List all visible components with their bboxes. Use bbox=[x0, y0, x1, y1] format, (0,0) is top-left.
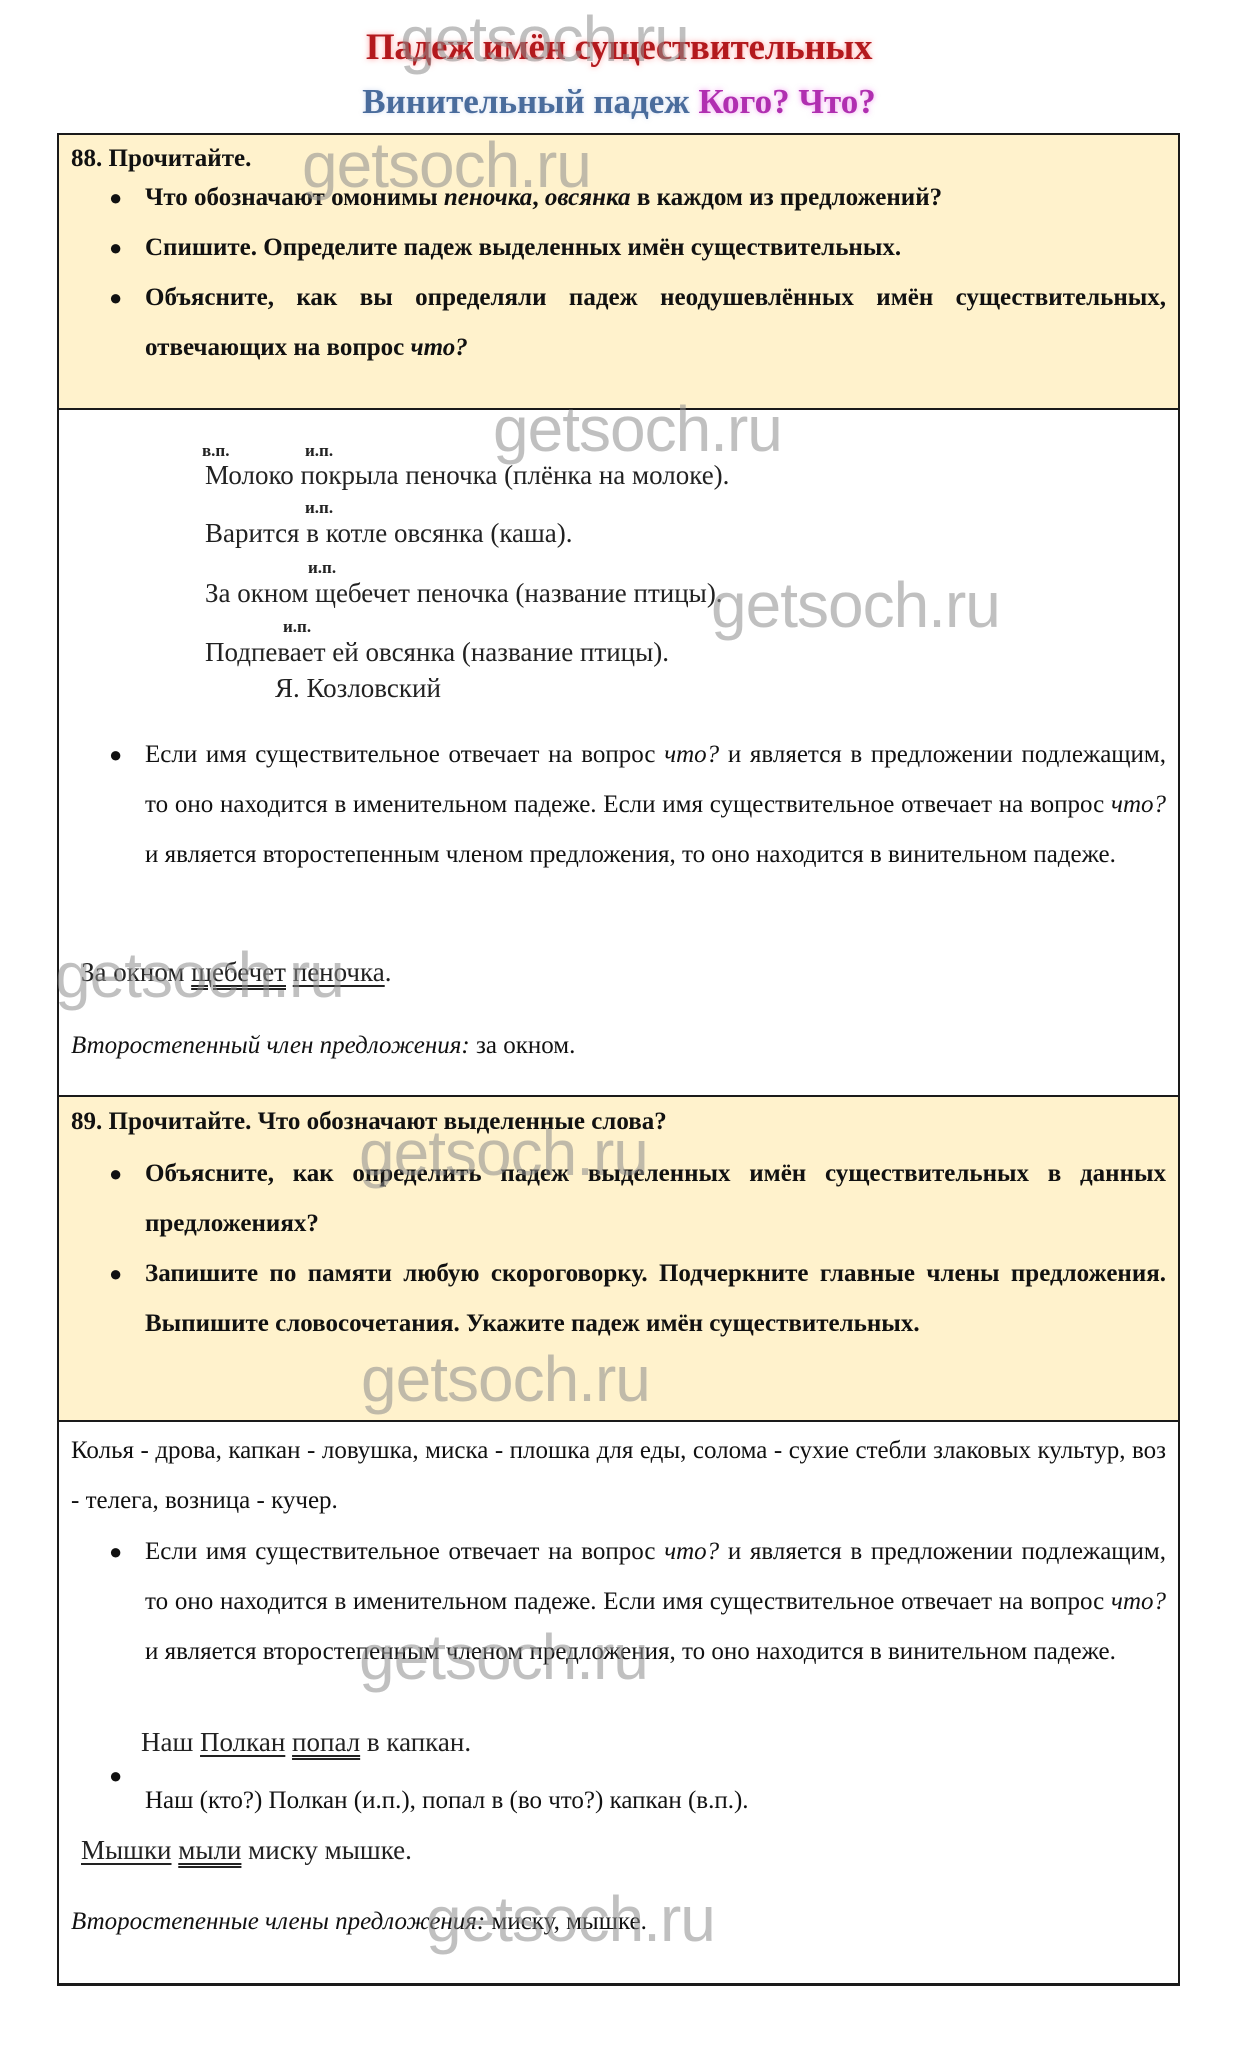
italic-word: что? bbox=[411, 334, 468, 361]
text: . bbox=[385, 957, 392, 987]
poem-line: За окном щебечет пеночка (название птицы… bbox=[205, 578, 723, 609]
italic-word: что? bbox=[664, 741, 719, 768]
list-item: ● Если имя существительное отвечает на в… bbox=[71, 1527, 1166, 1677]
text: За окном bbox=[81, 957, 191, 987]
list-item: ● Что обозначают омонимы пеночка, овсянк… bbox=[71, 173, 1166, 223]
example-sentence: Мышки мыли миску мышке. bbox=[81, 1835, 412, 1866]
page-subtitle: Винительный падеж Кого? Что? bbox=[0, 82, 1238, 122]
bullet-icon: ● bbox=[109, 1527, 122, 1577]
list-item: ● Если имя существительное отвечает на в… bbox=[71, 730, 1166, 880]
text: Объясните, как вы определяли падеж неоду… bbox=[145, 284, 1166, 361]
text: в капкан. bbox=[360, 1727, 471, 1757]
task-88: 88. Прочитайте. ● Что обозначают омонимы… bbox=[59, 135, 1178, 410]
watermark: getsoch.ru bbox=[361, 1342, 650, 1416]
text: Если имя существительное отвечает на воп… bbox=[145, 741, 664, 768]
subtitle-case: Винительный падеж bbox=[362, 82, 689, 121]
text: Наш bbox=[141, 1727, 200, 1757]
label: Второстепенный член предложения: bbox=[71, 1032, 470, 1059]
value: за окном. bbox=[470, 1032, 576, 1059]
bullet-icon: ● bbox=[109, 1149, 122, 1199]
definitions: Колья - дрова, капкан - ловушка, миска -… bbox=[71, 1426, 1166, 1526]
case-label: и.п. bbox=[305, 441, 333, 461]
answer-88: в.п. и.п. Молоко покрыла пеночка (плёнка… bbox=[59, 410, 1178, 1097]
case-label: и.п. bbox=[308, 558, 336, 578]
text: Объясните, как определить падеж выделенн… bbox=[145, 1160, 1166, 1237]
exercise-table: 88. Прочитайте. ● Что обозначают омонимы… bbox=[57, 133, 1180, 1986]
bullet-icon: ● bbox=[109, 273, 122, 323]
italic-word: что? bbox=[1111, 1588, 1166, 1615]
poem-line: Подпевает ей овсянка (название птицы). bbox=[205, 637, 669, 668]
case-label: в.п. bbox=[202, 441, 229, 461]
subtitle-questions: Кого? Что? bbox=[698, 82, 875, 121]
answer-89: Колья - дрова, капкан - ловушка, миска -… bbox=[59, 1422, 1178, 1983]
bullet-icon: ● bbox=[109, 730, 122, 780]
predicate: попал bbox=[292, 1727, 360, 1757]
rule-list: ● Если имя существительное отвечает на в… bbox=[71, 730, 1166, 880]
secondary-members: Второстепенный член предложения: за окно… bbox=[71, 1021, 1166, 1071]
predicate: мыли bbox=[178, 1835, 241, 1865]
list-item: ● Объясните, как определить падеж выделе… bbox=[71, 1149, 1166, 1249]
example-sentence: Наш Полкан попал в капкан. bbox=[141, 1727, 471, 1758]
task-89: 89. Прочитайте. Что обозначают выделенны… bbox=[59, 1097, 1178, 1422]
text: Что обозначают омонимы bbox=[145, 184, 444, 211]
subject: пеночка bbox=[293, 957, 385, 987]
task-88-bullets: ● Что обозначают омонимы пеночка, овсянк… bbox=[71, 173, 1166, 373]
label: Второстепенные члены предложения: bbox=[71, 1908, 485, 1935]
text: и является второстепенным членом предлож… bbox=[145, 841, 1116, 868]
page-title: Падеж имён существительных bbox=[0, 26, 1238, 69]
predicate: щебечет bbox=[191, 957, 286, 987]
bullet-icon: ● bbox=[109, 1249, 122, 1299]
analysis: Наш (кто?) Полкан (и.п.), попал в (во чт… bbox=[145, 1776, 1166, 1826]
rule-list: ● Если имя существительное отвечает на в… bbox=[71, 1527, 1166, 1677]
watermark: getsoch.ru bbox=[711, 568, 1000, 642]
italic-word: что? bbox=[664, 1538, 719, 1565]
value: миску, мышке. bbox=[485, 1908, 647, 1935]
text: в каждом из предложений? bbox=[631, 184, 943, 211]
italic-word: что? bbox=[1111, 791, 1166, 818]
bullet-icon: ● bbox=[109, 223, 122, 273]
text: Если имя существительное отвечает на воп… bbox=[145, 1538, 664, 1565]
case-label: и.п. bbox=[283, 617, 311, 637]
text: Спишите. Определите падеж выделенных имё… bbox=[145, 234, 901, 261]
subject: Полкан bbox=[200, 1727, 285, 1757]
example-sentence: За окном щебечет пеночка. bbox=[81, 957, 391, 988]
italic-word: пеночка bbox=[444, 184, 532, 211]
task-89-heading: 89. Прочитайте. Что обозначают выделенны… bbox=[71, 1097, 1166, 1147]
bullet-icon: ● bbox=[109, 1763, 122, 1789]
task-89-bullets: ● Объясните, как определить падеж выделе… bbox=[71, 1149, 1166, 1349]
bullet-icon: ● bbox=[109, 173, 122, 223]
subject: Мышки bbox=[81, 1835, 172, 1865]
text bbox=[286, 957, 293, 987]
secondary-members: Второстепенные члены предложения: миску,… bbox=[71, 1897, 1166, 1947]
poem-author: Я. Козловский bbox=[275, 673, 441, 704]
italic-word: овсянка bbox=[545, 184, 631, 211]
poem-line: Варится в котле овсянка (каша). bbox=[205, 518, 573, 549]
list-item: ● Объясните, как вы определяли падеж нео… bbox=[71, 273, 1166, 373]
case-label: и.п. bbox=[305, 498, 333, 518]
text: и является второстепенным членом предлож… bbox=[145, 1638, 1116, 1665]
text: миску мышке. bbox=[241, 1835, 411, 1865]
poem-line: Молоко покрыла пеночка (плёнка на молоке… bbox=[205, 460, 729, 491]
text: Запишите по памяти любую скороговорку. П… bbox=[145, 1260, 1166, 1337]
list-item: ● Спишите. Определите падеж выделенных и… bbox=[71, 223, 1166, 273]
text: , bbox=[532, 184, 545, 211]
list-item: ● Запишите по памяти любую скороговорку.… bbox=[71, 1249, 1166, 1349]
